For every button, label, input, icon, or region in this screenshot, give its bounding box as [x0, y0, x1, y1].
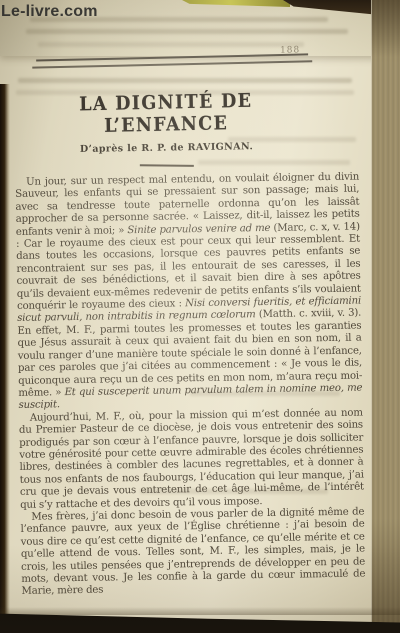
- latin-quote: Sinite parvulos venire ad me: [127, 223, 270, 236]
- header-rule-bottom: [32, 60, 312, 68]
- watermark: Le-livre.com: [1, 3, 98, 21]
- scanned-book-photo: 188 LA DIGNITÉ DE L’ENFANCE D’après le R…: [0, 0, 400, 633]
- text-segment: Aujourd’hui, M. F., où, pour la mission …: [19, 407, 364, 510]
- text-segment: Mes frères, j’ai donc besoin de vous par…: [20, 506, 365, 597]
- page-bottom-shadow: [0, 607, 400, 615]
- body-text: Un jour, sur un respect mal entendu, on …: [15, 172, 366, 599]
- section-divider: [140, 164, 194, 167]
- latin-quote: Et qui susceperit unum parvulum talem in…: [19, 382, 363, 411]
- page-title: LA DIGNITÉ DE L’ENFANCE: [23, 89, 309, 139]
- page-subtitle: D’après le R. P. de RAVIGNAN.: [11, 140, 321, 156]
- book-fore-edge: [371, 0, 400, 633]
- ghost-text-line: [26, 29, 348, 34]
- paragraph: Mes frères, j’ai donc besoin de vous par…: [20, 506, 365, 598]
- paragraph: Un jour, sur un respect mal entendu, on …: [15, 172, 363, 413]
- paragraph: Aujourd’hui, M. F., où, pour la mission …: [19, 407, 365, 512]
- book-gutter-shadow: [0, 84, 10, 618]
- printed-page: 188 LA DIGNITÉ DE L’ENFANCE D’après le R…: [10, 44, 371, 609]
